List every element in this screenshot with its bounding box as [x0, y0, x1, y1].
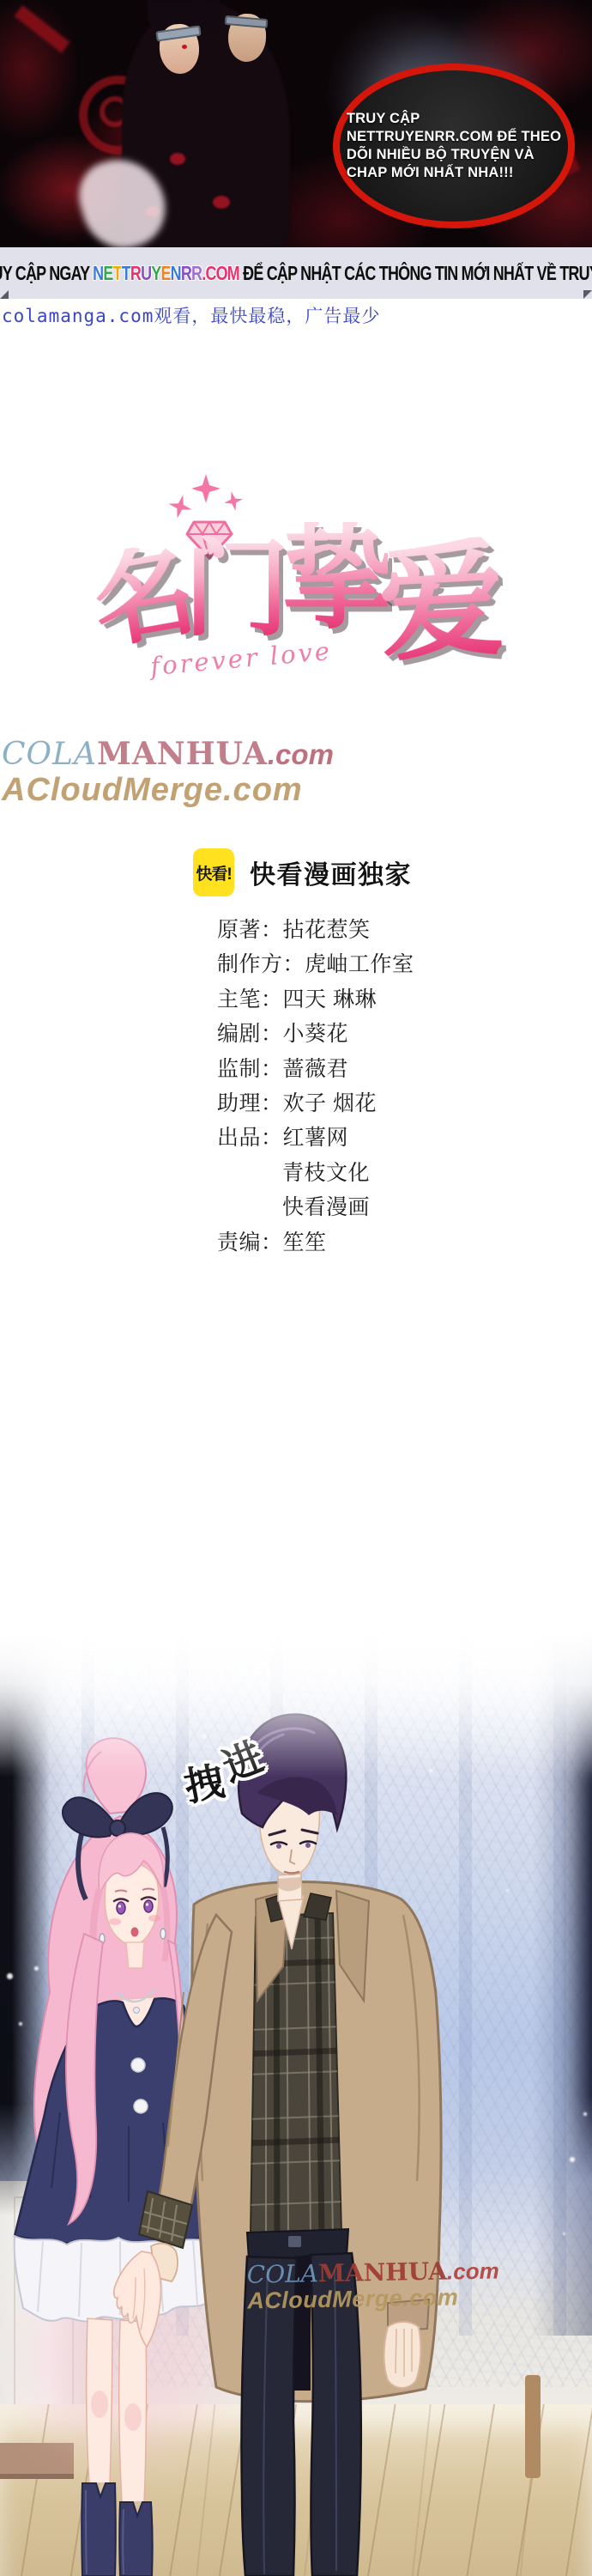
bar-corner-curl: [583, 290, 592, 299]
banner-art-cloud: [170, 153, 185, 165]
header-watermark-line2: ACloudMerge.com: [2, 774, 334, 808]
brand-letter: N: [93, 262, 103, 284]
man-character: [139, 1715, 441, 2576]
watermark-manhua: MANHUA: [97, 736, 268, 772]
credits-list: 原著：拈花惹笑制作方：虎岫工作室主笔：四天 琳琳编剧：小葵花监制：蔷薇君助理：欢…: [217, 913, 414, 1260]
panel-top-fade: [0, 1631, 592, 1777]
promo-speech-bubble[interactable]: TRUY CẬPNETTRUYENRR.COM ĐỂ THEODÕI NHIỀU…: [333, 64, 575, 228]
title-char: 门: [184, 536, 283, 642]
brand-letter: O: [216, 262, 227, 284]
notice-suffix: ĐỂ CẬP NHẬT CÁC THÔNG TIN MỚI NHẤT VỀ TR…: [239, 262, 592, 284]
watermark-dotcom: .com: [447, 2257, 499, 2284]
brand-letter: R: [181, 262, 191, 284]
brand-letter: Y: [152, 262, 161, 284]
credit-item: 主笔：四天 琳琳: [217, 982, 414, 1017]
header-watermark-line1: COLAMANHUA.com: [2, 738, 334, 771]
credit-item: 快看漫画: [217, 1190, 414, 1224]
credit-item: 出品：红薯网: [217, 1121, 414, 1155]
brand-letter: E: [104, 262, 113, 284]
credits-header: 快看! 快看漫画独家: [193, 848, 412, 896]
banner-art-red-eye: [182, 45, 187, 49]
viewing-note: colamanga.com观看，最快最稳，广告最少: [2, 302, 380, 328]
credits-section: 快看! 快看漫画独家 原著：拈花惹笑制作方：虎岫工作室主笔：四天 琳琳编剧：小葵…: [0, 846, 592, 1275]
title-cn: 名门挚爱: [0, 529, 592, 656]
watermark-manhua: MANHUA: [318, 2257, 448, 2287]
credits-heading: 快看漫画独家: [250, 854, 412, 891]
brand-letter: R: [191, 262, 202, 284]
brand-letter: T: [122, 262, 130, 284]
credit-item: 监制：蔷薇君: [217, 1052, 414, 1086]
brand-letter: U: [141, 262, 151, 284]
panel-watermark-line2: ACloudMerge.com: [247, 2285, 499, 2313]
promo-bubble-line: NETTRUYENRR.COM ĐỂ THEO: [347, 128, 561, 146]
notice-prefix: TRUY CẬP NGAY: [0, 262, 93, 284]
kuaikan-logo-badge: 快看!: [193, 848, 234, 896]
promo-bubble-line: TRUY CẬP: [347, 110, 561, 128]
watermark-cola: COLA: [2, 737, 97, 772]
series-title-logo: 名门挚爱 forever love: [0, 447, 592, 738]
manhua-reader-page: TRUY CẬPNETTRUYENRR.COM ĐỂ THEODÕI NHIỀU…: [0, 0, 592, 2576]
banner-art-cloud: [213, 196, 230, 209]
watermark-dotcom: .com: [268, 738, 334, 770]
panel-watermark-line1: COLAMANHUA.com: [247, 2257, 499, 2287]
promo-bubble-line: DÕI NHIỀU BỘ TRUYỆN VÀ: [347, 146, 561, 164]
promo-bubble-line: CHAP MỚI NHẤT NHA!!!: [347, 164, 561, 182]
credit-item: 助理：欢子 烟花: [217, 1086, 414, 1121]
notice-text: TRUY CẬP NGAY NETTRUYENRR.COM ĐỂ CẬP NHẬ…: [0, 262, 592, 285]
credit-item: 制作方：虎岫工作室: [217, 947, 414, 981]
banner-art-shard: [14, 5, 69, 53]
credit-item: 编剧：小葵花: [217, 1017, 414, 1051]
title-char: 爱: [376, 536, 503, 669]
site-banner-ad[interactable]: TRUY CẬPNETTRUYENRR.COM ĐỂ THEODÕI NHIỀU…: [0, 0, 592, 247]
brand-letter: C: [206, 262, 216, 284]
credit-item: 责编：笙笙: [217, 1225, 414, 1260]
brand-letter: E: [161, 262, 171, 284]
credit-item: 原著：拈花惹笑: [217, 913, 414, 947]
brand-letter: M: [227, 262, 239, 284]
promo-bubble-text: TRUY CẬPNETTRUYENRR.COM ĐỂ THEODÕI NHIỀU…: [347, 110, 561, 182]
brand-colored-text: NETTRUYENRR.COM: [93, 262, 239, 284]
notice-bar[interactable]: TRUY CẬP NGAY NETTRUYENRR.COM ĐỂ CẬP NHẬ…: [0, 247, 592, 299]
title-char: 名: [86, 539, 196, 655]
comic-panel: 拽进 COLAMANHUA.com ACloudMerge.com: [0, 1631, 592, 2576]
panel-watermark: COLAMANHUA.com ACloudMerge.com: [247, 2257, 500, 2313]
credit-item: 青枝文化: [217, 1156, 414, 1190]
bar-corner-curl: [0, 290, 9, 299]
title-char: 挚: [281, 522, 388, 635]
watermark-cola: COLA: [246, 2259, 318, 2288]
brand-letter: R: [130, 262, 141, 284]
brand-letter: N: [171, 262, 181, 284]
header-watermark: COLAMANHUA.com ACloudMerge.com: [2, 738, 334, 808]
